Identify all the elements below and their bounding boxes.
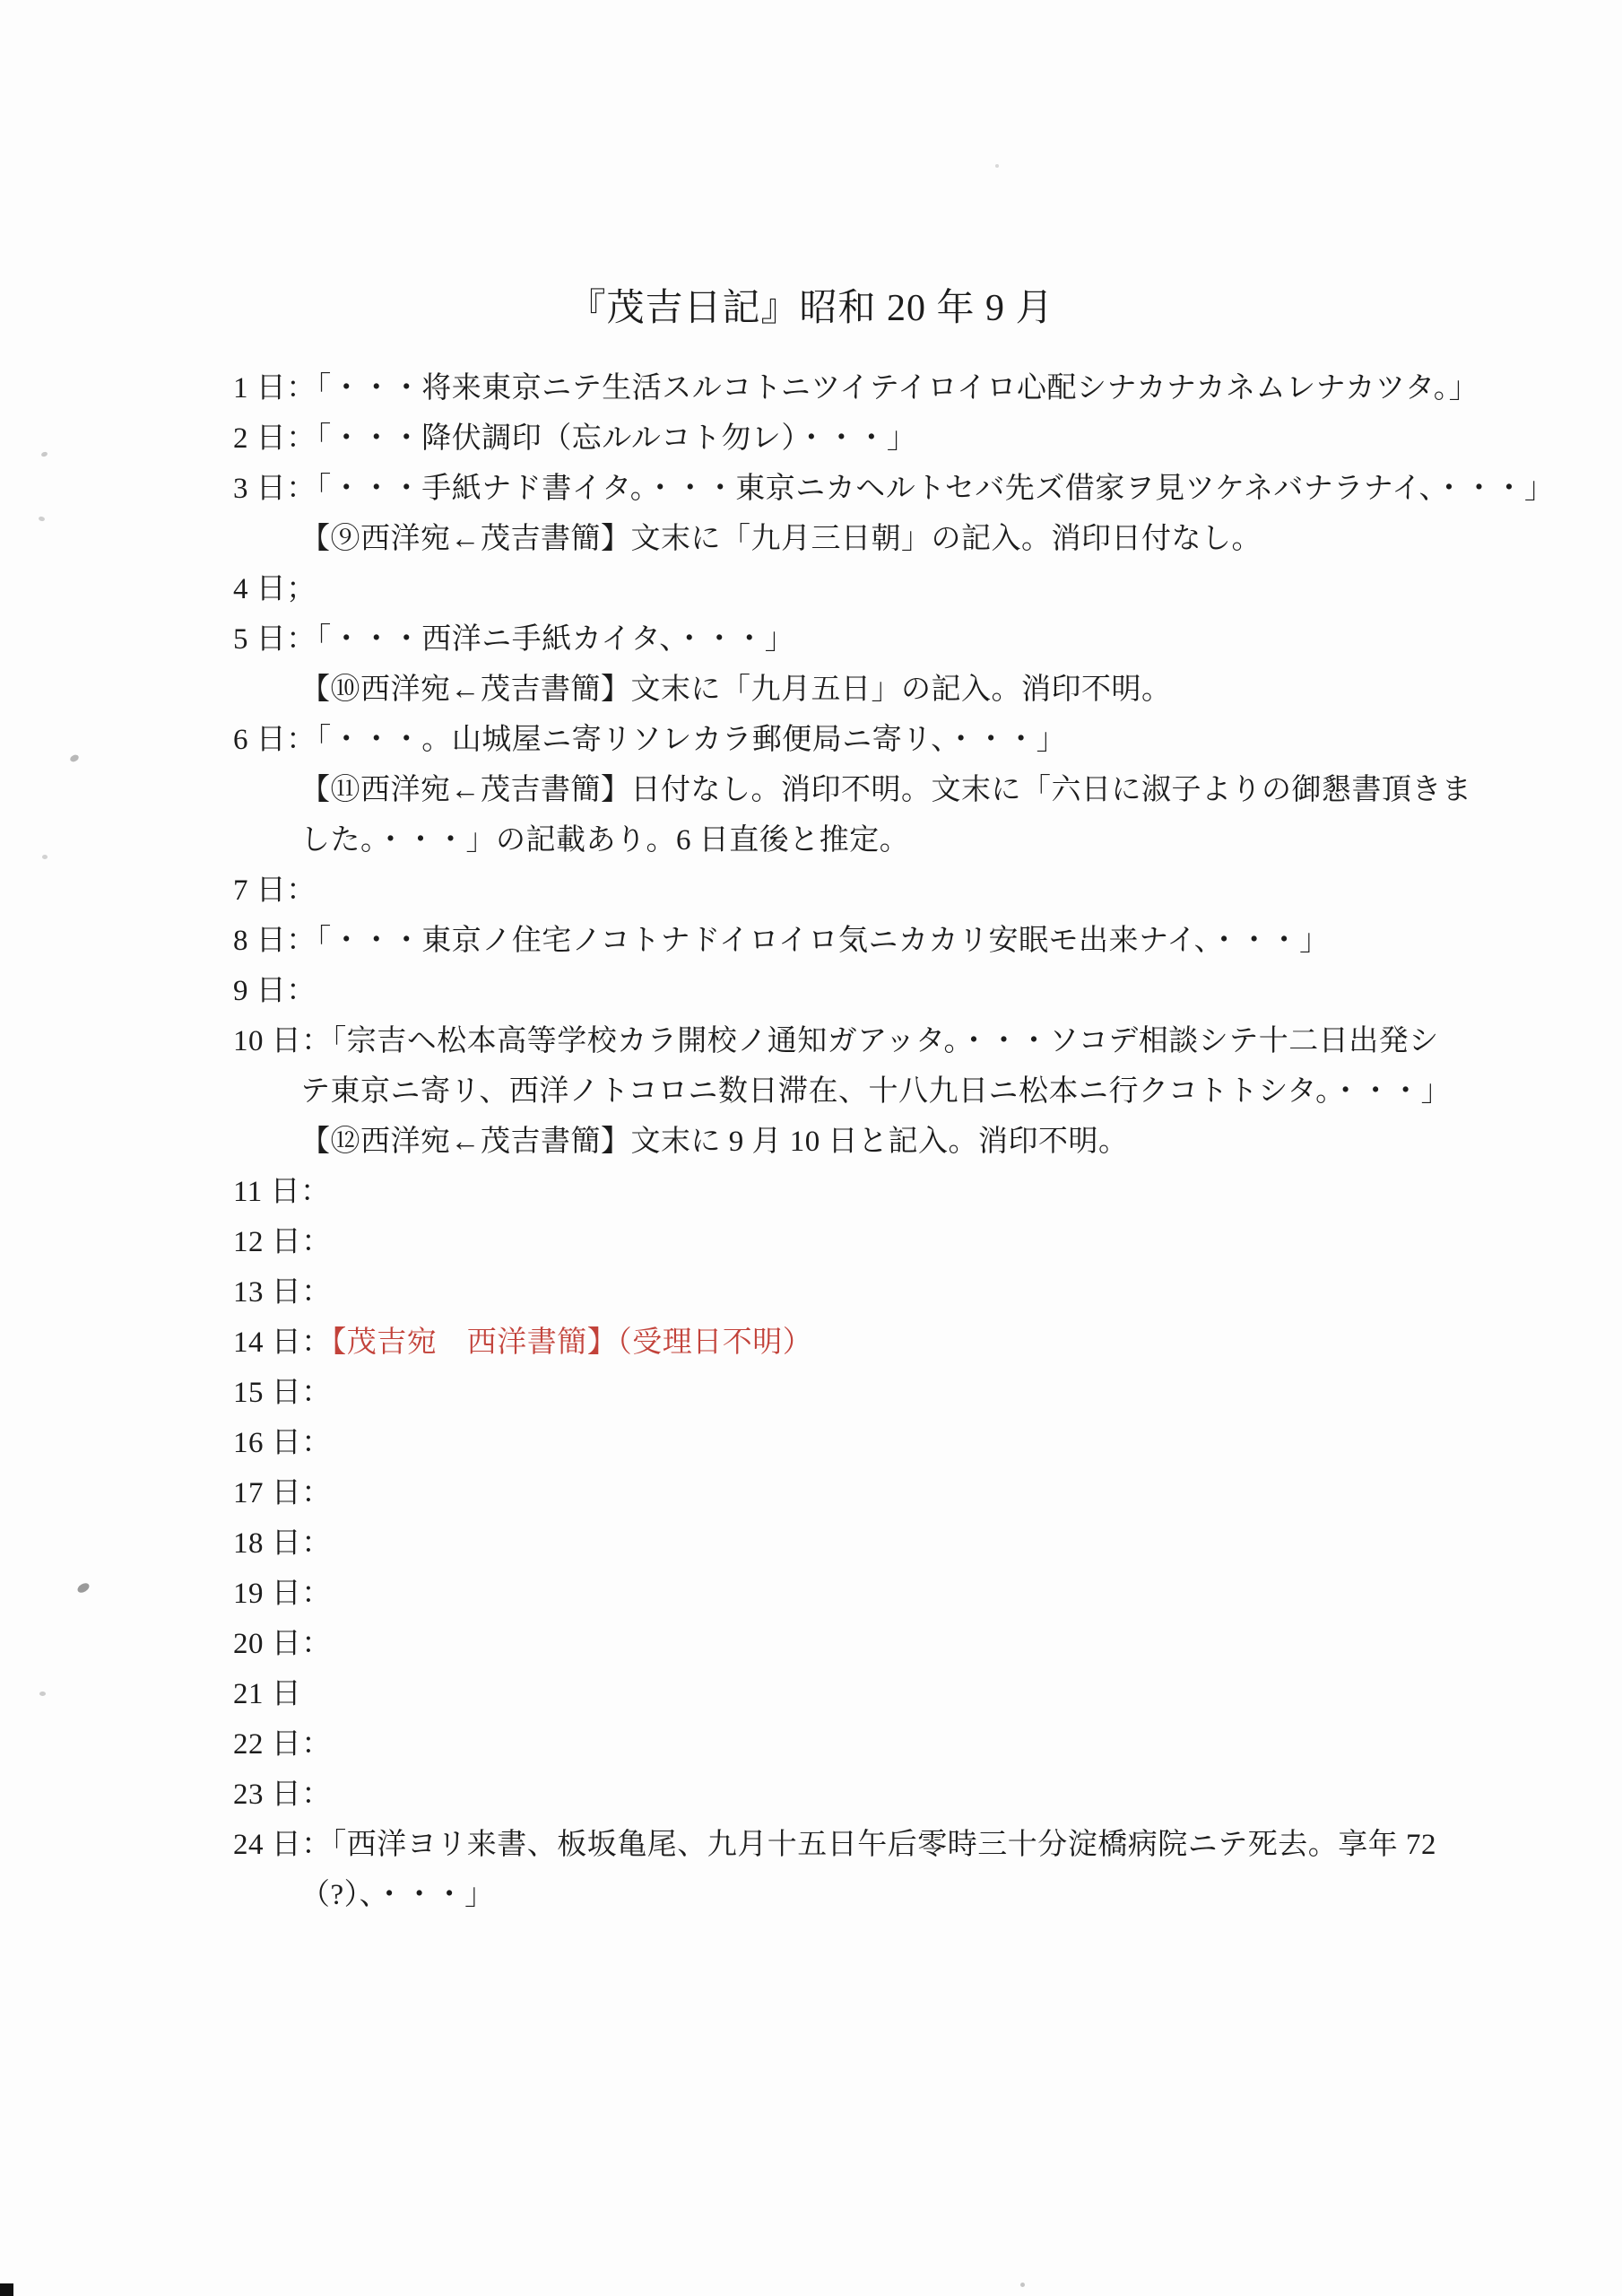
day-label: 20 日： [233,1628,332,1660]
diary-day-line: 11 日： [233,1167,1560,1217]
day-label: 7 日： [233,874,317,907]
day-label: 14 日： [233,1326,332,1359]
diary-day-line: 9 日： [233,966,1560,1016]
day-label: 9 日： [233,975,317,1007]
diary-day-line: 20 日： [233,1619,1560,1669]
scan-artifact [39,1692,46,1696]
diary-day-line: 24 日：「西洋ヨリ来書、板坂亀尾、九月十五日午后零時三十分淀橋病院ニテ死去。享… [233,1820,1560,1870]
diary-day-line: 1 日：「・・・将来東京ニテ生活スルコトニツイテイロイロ心配シナカナカネムレナカ… [233,363,1560,413]
day-text: 「・・・将来東京ニテ生活スルコトニツイテイロイロ心配シナカナカネムレナカツタ。」 [317,372,1479,404]
diary-day-line: 10 日：「宗吉ヘ松本高等学校カラ開校ノ通知ガアッタ。・・・ソコデ相談シテ十二日… [233,1016,1560,1066]
diary-day-line: 13 日： [233,1267,1560,1318]
scan-artifact [38,516,45,522]
diary-day-line: 19 日： [233,1569,1560,1619]
day-label: 16 日： [233,1427,332,1459]
day-label: 24 日： [233,1829,332,1861]
day-text: 「・・・降伏調印（忘ルルコト勿レ）・・・」 [317,422,917,455]
diary-day-line: 14 日：【茂吉宛 西洋書簡】（受理日不明） [233,1318,1560,1368]
diary-day-line: 4 日； [233,564,1560,614]
scan-artifact [42,855,48,859]
day-text: 「宗吉ヘ松本高等学校カラ開校ノ通知ガアッタ。・・・ソコデ相談シテ十二日出発シ [332,1025,1439,1057]
day-label: 1 日： [233,372,317,404]
diary-day-line: 7 日： [233,865,1560,916]
day-label: 12 日： [233,1226,332,1258]
day-label: 8 日： [233,925,317,957]
diary-note-line: 【⑨西洋宛←茂吉書簡】文末に「九月三日朝」の記入。消印日付なし。 [233,514,1560,564]
diary-entries: 1 日：「・・・将来東京ニテ生活スルコトニツイテイロイロ心配シナカナカネムレナカ… [233,363,1560,1920]
scan-artifact [1020,2283,1025,2287]
day-label: 22 日： [233,1728,332,1761]
scanned-page: 『茂吉日記』昭和 20 年 9 月 1 日：「・・・将来東京ニテ生活スルコトニツ… [0,0,1622,2296]
diary-day-line: 16 日： [233,1418,1560,1468]
diary-day-line: 15 日： [233,1368,1560,1418]
day-text: 【茂吉宛 西洋書簡】（受理日不明） [332,1326,813,1359]
day-label: 21 日 [233,1678,301,1710]
diary-day-line: 2 日：「・・・降伏調印（忘ルルコト勿レ）・・・」 [233,413,1560,464]
day-text: 「西洋ヨリ来書、板坂亀尾、九月十五日午后零時三十分淀橋病院ニテ死去。享年 72 [332,1829,1436,1861]
diary-note-line: した。・・・」の記載あり。6 日直後と推定。 [233,815,1560,865]
diary-day-line: 3 日：「・・・手紙ナド書イタ。・・・東京ニカヘルトセバ先ズ借家ヲ見ツケネバナラ… [233,464,1560,514]
diary-day-line: 17 日： [233,1468,1560,1518]
scan-artifact [995,164,999,168]
day-label: 3 日： [233,473,317,505]
scan-artifact [69,753,80,763]
diary-note-line: 【⑫西洋宛←茂吉書簡】文末に 9 月 10 日と記入。消印不明。 [233,1117,1560,1167]
day-label: 4 日； [233,573,317,605]
day-label: 18 日： [233,1527,332,1560]
scan-corner-mark [0,2283,13,2296]
day-text: 「・・・東京ノ住宅ノコトナドイロイロ気ニカカリ安眠モ出来ナイ、・・・」 [317,925,1330,957]
day-text: 「・・・西洋ニ手紙カイタ、・・・」 [317,623,795,656]
day-label: 5 日： [233,623,317,656]
diary-day-line: 8 日：「・・・東京ノ住宅ノコトナドイロイロ気ニカカリ安眠モ出来ナイ、・・・」 [233,916,1560,966]
diary-note-line: （?）、・・・」 [233,1870,1560,1920]
scan-artifact [40,451,48,457]
diary-day-line: 12 日： [233,1217,1560,1267]
diary-note-line: 【⑩西洋宛←茂吉書簡】文末に「九月五日」の記入。消印不明。 [233,665,1560,715]
diary-day-line: 22 日： [233,1719,1560,1770]
diary-day-line: 5 日：「・・・西洋ニ手紙カイタ、・・・」 [233,614,1560,665]
day-label: 11 日： [233,1176,331,1208]
diary-day-line: 23 日： [233,1770,1560,1820]
diary-note-line: 【⑪西洋宛←茂吉書簡】日付なし。消印不明。文末に「六日に淑子よりの御懇書頂きま [233,765,1560,815]
diary-note-line: テ東京ニ寄リ、西洋ノトコロニ数日滞在、十八九日ニ松本ニ行クコトトシタ。・・・」 [233,1066,1560,1117]
day-label: 17 日： [233,1477,332,1509]
diary-day-line: 21 日 [233,1669,1560,1719]
diary-day-line: 6 日：「・・・。山城屋ニ寄リソレカラ郵便局ニ寄リ、・・・」 [233,715,1560,765]
diary-day-line: 18 日： [233,1518,1560,1569]
day-label: 10 日： [233,1025,332,1057]
day-label: 13 日： [233,1276,332,1309]
day-label: 6 日： [233,724,317,756]
day-text: 「・・・。山城屋ニ寄リソレカラ郵便局ニ寄リ、・・・」 [317,724,1066,756]
day-label: 19 日： [233,1578,332,1610]
day-label: 23 日： [233,1779,332,1811]
day-label: 2 日： [233,422,317,455]
day-text: 「・・・手紙ナド書イタ。・・・東京ニカヘルトセバ先ズ借家ヲ見ツケネバナラナイ、・… [317,473,1555,505]
scan-artifact [76,1581,91,1595]
day-label: 15 日： [233,1377,332,1409]
page-title: 『茂吉日記』昭和 20 年 9 月 [0,285,1622,332]
